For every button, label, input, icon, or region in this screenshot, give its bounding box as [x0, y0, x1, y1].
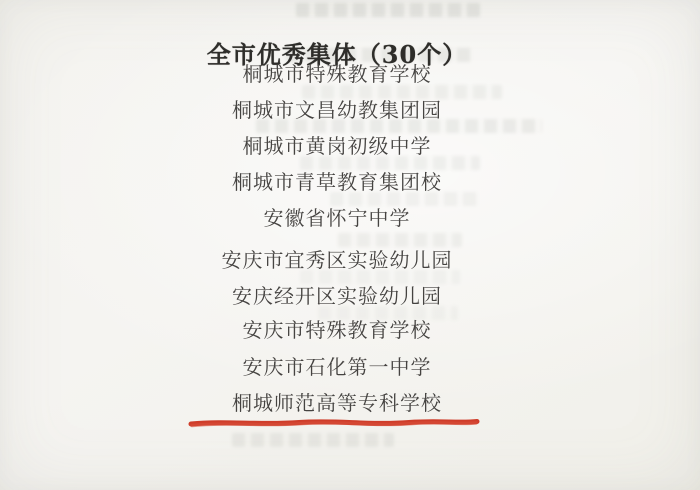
school-list-item: 安庆市宜秀区实验幼儿园 — [0, 244, 674, 273]
school-list-item: 安庆市石化第一中学 — [0, 351, 674, 380]
bleedthrough-ink-mark — [232, 433, 394, 447]
school-list-item: 安庆市特殊教育学校 — [0, 314, 674, 343]
school-list-item: 安徽省怀宁中学 — [0, 202, 674, 231]
bleedthrough-ink-mark — [296, 3, 480, 17]
school-list-item: 桐城市黄岗初级中学 — [0, 130, 674, 159]
school-list-item: 桐城市特殊教育学校 — [0, 58, 674, 87]
school-list-item: 桐城市青草教育集团校 — [0, 166, 674, 195]
scanned-document-page: 全市优秀集体（30个） 桐城市特殊教育学校 桐城市文昌幼教集团园 桐城市黄岗初级… — [0, 0, 700, 490]
school-list-item: 安庆经开区实验幼儿园 — [0, 280, 674, 309]
school-list-item: 桐城市文昌幼教集团园 — [0, 94, 674, 123]
school-list-item-highlighted: 桐城师范高等专科学校 — [0, 387, 674, 416]
red-marker-underline — [187, 416, 481, 430]
